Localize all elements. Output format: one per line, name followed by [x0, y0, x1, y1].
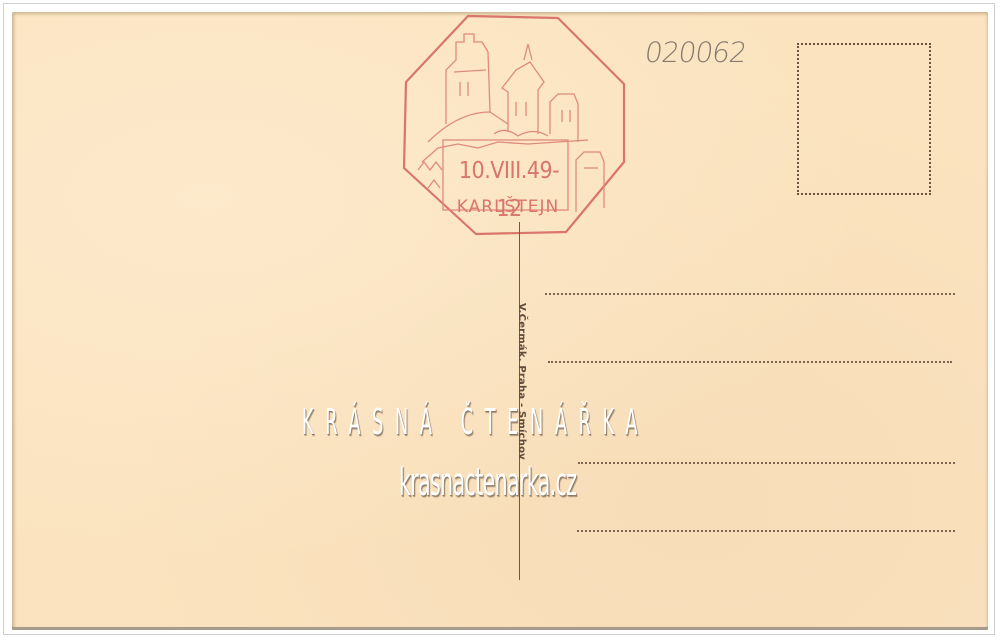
- stamp-placement-box: [797, 43, 931, 195]
- inventory-number: 020062: [643, 36, 749, 69]
- address-line-4: [577, 530, 955, 532]
- address-line-3: [578, 462, 955, 464]
- watermark-url: krasnactenarka.cz: [399, 460, 576, 504]
- publisher-imprint: V.Čermák. Praha - Smíchov: [507, 303, 527, 475]
- postcard-edge: [12, 627, 988, 630]
- postmark-date: 10.VIII.49-12: [450, 152, 568, 190]
- postmark-place: KARLŠTEJN: [438, 197, 578, 221]
- address-line-1: [545, 293, 955, 295]
- address-line-2: [548, 361, 952, 363]
- watermark-title: KRÁSNÁ ČTENÁŘKA: [302, 402, 704, 443]
